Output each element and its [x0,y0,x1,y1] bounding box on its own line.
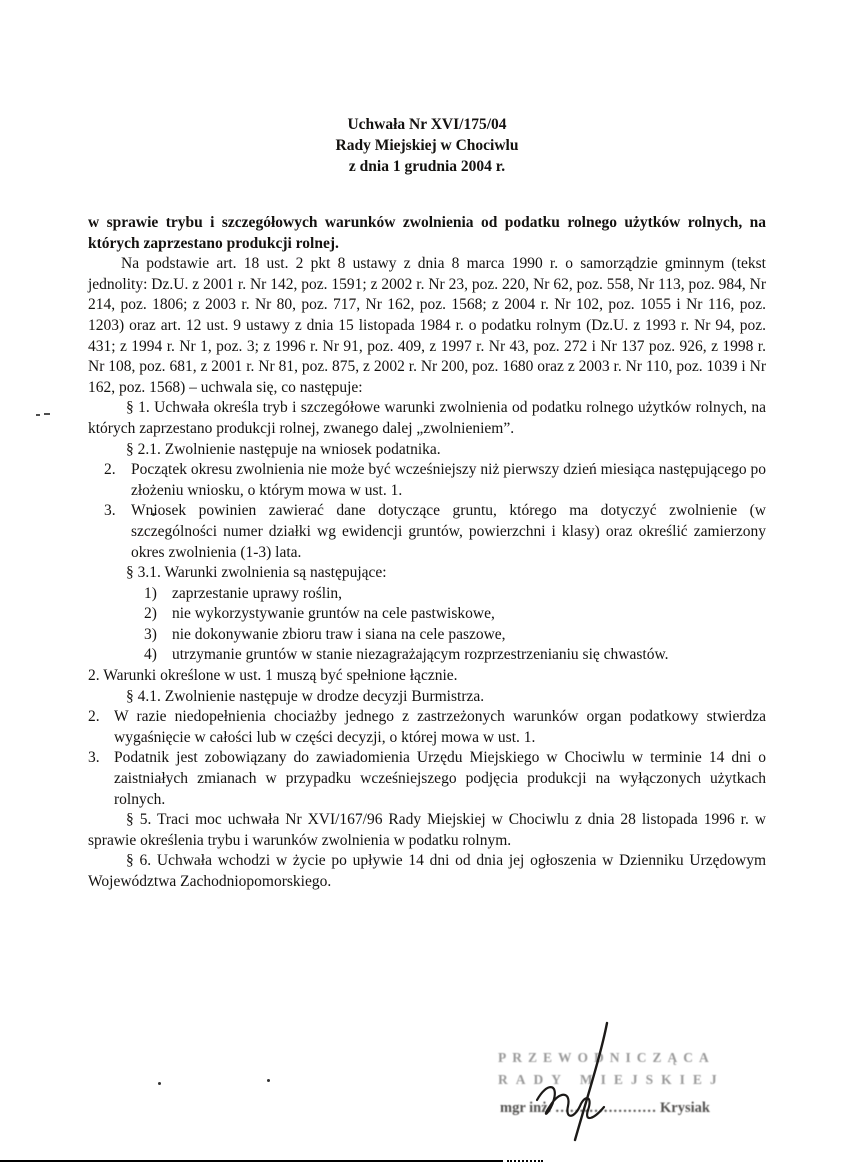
subject-heading: w sprawie trybu i szczegółowych warunków… [88,213,766,254]
section-3-tail: 2. Warunki określone w ust. 1 muszą być … [88,666,766,687]
list-item-text: zaprzestanie uprawy roślin, [172,584,766,605]
section-3-item: 4) utrzymanie gruntów w stanie niezagraż… [88,645,766,666]
list-item-number: 3. [104,501,131,563]
list-item-text: Podatnik jest zobowiązany do zawiadomien… [114,748,766,810]
list-item-text: nie dokonywanie zbioru traw i siana na c… [172,625,766,646]
page-bottom-scan-line [0,1160,503,1162]
list-item-text: Początek okresu zwolnienia nie może być … [131,460,766,501]
section-2-item: 3. Wniosek powinien zawierać dane dotycz… [88,501,766,563]
list-item-number: 3) [144,625,172,646]
section-3-item: 1) zaprzestanie uprawy roślin, [88,584,766,605]
list-item-number: 2) [144,604,172,625]
doc-title-line-2: Rady Miejskiej w Chociwlu [88,135,766,156]
doc-title: Uchwała Nr XVI/175/04 Rady Miejskiej w C… [88,0,766,177]
list-item-number: 2. [104,460,131,501]
section-4-head: § 4.1. Zwolnienie następuje w drodze dec… [88,687,766,708]
section-3-item: 2) nie wykorzystywanie gruntów na cele p… [88,604,766,625]
section-3-item: 3) nie dokonywanie zbioru traw i siana n… [88,625,766,646]
section-2-item: 2. Początek okresu zwolnienia nie może b… [88,460,766,501]
section-3-head: § 3.1. Warunki zwolnienia są następujące… [88,563,766,584]
list-item-number: 4) [144,645,172,666]
scan-artifact-dash [36,414,40,416]
list-item-number: 2. [88,707,114,748]
document-content: Uchwała Nr XVI/175/04 Rady Miejskiej w C… [88,0,766,893]
preamble-paragraph: Na podstawie art. 18 ust. 2 pkt 8 ustawy… [88,254,766,398]
scan-artifact-dash [44,413,50,415]
section-5-paragraph: § 5. Traci moc uchwała Nr XVI/167/96 Rad… [88,810,766,851]
document-page: Uchwała Nr XVI/175/04 Rady Miejskiej w C… [0,0,848,1170]
list-item-text: Wniosek powinien zawierać dane dotyczące… [131,501,766,563]
list-item-number: 3. [88,748,114,810]
section-6-paragraph: § 6. Uchwała wchodzi w życie po upływie … [88,851,766,892]
section-4-item: 2. W razie niedopełnienia chociażby jedn… [88,707,766,748]
list-item-text: W razie niedopełnienia chociażby jednego… [114,707,766,748]
list-item-text: utrzymanie gruntów w stanie niezagrażają… [172,645,766,666]
section-4-item: 3. Podatnik jest zobowiązany do zawiadom… [88,748,766,810]
scan-artifact-dot [267,1079,270,1082]
doc-title-line-1: Uchwała Nr XVI/175/04 [88,114,766,135]
list-item-number: 1) [144,584,172,605]
doc-title-line-3: z dnia 1 grudnia 2004 r. [88,156,766,177]
list-item-text: nie wykorzystywanie gruntów na cele past… [172,604,766,625]
section-2-head: § 2.1. Zwolnienie następuje na wniosek p… [88,440,766,461]
scan-artifact-dot [158,1082,161,1085]
handwritten-signature-scribble [525,1020,685,1145]
section-1-paragraph: § 1. Uchwała określa tryb i szczegółowe … [88,398,766,439]
scan-artifact-dot [152,513,155,516]
page-bottom-scan-line-dots [507,1160,543,1162]
